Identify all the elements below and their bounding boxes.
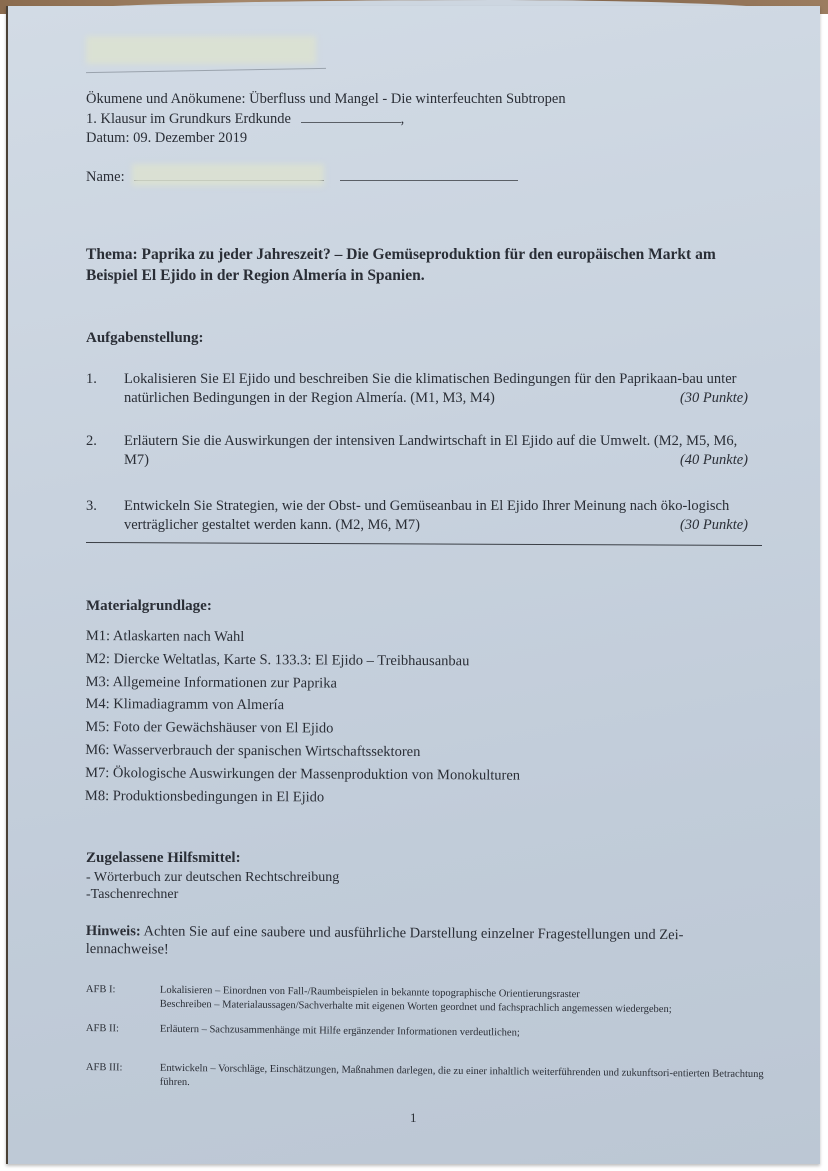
material-item: M6: Wasserverbrauch der spanischen Wirts…: [85, 739, 520, 764]
name-field-extension[interactable]: [340, 168, 518, 181]
name-label: Name:: [86, 169, 125, 185]
material-item: M1: Atlaskarten nach Wahl: [86, 625, 521, 650]
aid-item: -Taschenrechner: [86, 886, 339, 903]
material-item: M4: Klimadiagramm von Almería: [85, 693, 520, 718]
task-item: 2. Erläutern Sie die Auswirkungen der in…: [86, 432, 756, 469]
task-points: (40 Punkte): [680, 451, 748, 470]
course-blank: [301, 110, 401, 123]
tasks-heading: Aufgabenstellung:: [86, 330, 204, 347]
task-text: Erläutern Sie die Auswirkungen der inten…: [124, 433, 737, 468]
afb-label: AFB II:: [86, 1022, 160, 1037]
exam-topic: Thema: Paprika zu jeder Jahreszeit? – Di…: [86, 244, 766, 286]
page-number: 1: [410, 1110, 417, 1126]
redacted-name: [132, 164, 324, 186]
task-number: 1.: [86, 370, 124, 407]
task-number: 2.: [86, 432, 124, 469]
materials-list: M1: Atlaskarten nach Wahl M2: Diercke We…: [85, 625, 521, 810]
exam-date: Datum: 09. Dezember 2019: [86, 129, 566, 149]
aid-item: - Wörterbuch zur deutschen Rechtschreibu…: [86, 869, 339, 886]
task-text: Entwickeln Sie Strategien, wie der Obst-…: [124, 498, 729, 533]
afb-label: AFB III:: [86, 1061, 160, 1090]
hint-label: Hinweis:: [86, 923, 141, 939]
material-item: M3: Allgemeine Informationen zur Paprika: [86, 671, 521, 696]
afb-label: AFB I:: [86, 983, 160, 1012]
exam-line: 1. Klausur im Grundkurs Erdkunde ,: [86, 110, 566, 130]
task-points: (30 Punkte): [680, 516, 748, 535]
hint-text: Achten Sie auf eine saubere und ausführl…: [86, 923, 684, 957]
material-item: M2: Diercke Weltatlas, Karte S. 133.3: E…: [86, 648, 521, 673]
task-number: 3.: [86, 497, 124, 534]
redacted-school-header: [86, 36, 316, 64]
unit-title: Ökumene und Anökumene: Überfluss und Man…: [86, 90, 566, 110]
material-item: M7: Ökologische Auswirkungen der Massenp…: [85, 762, 520, 787]
aids-list: - Wörterbuch zur deutschen Rechtschreibu…: [86, 869, 339, 903]
aids-heading: Zugelassene Hilfsmittel:: [86, 850, 241, 867]
task-item: 3. Entwickeln Sie Strategien, wie der Ob…: [86, 497, 756, 534]
task-text: Lokalisieren Sie El Ejido und beschreibe…: [124, 371, 736, 406]
hint-note: Hinweis: Achten Sie auf eine saubere und…: [86, 922, 762, 963]
task-points: (30 Punkte): [680, 389, 748, 408]
exam-header: Ökumene und Anökumene: Überfluss und Man…: [86, 90, 566, 149]
material-item: M8: Produktionsbedingungen in El Ejido: [85, 785, 520, 810]
task-item: 1. Lokalisieren Sie El Ejido und beschre…: [86, 370, 756, 407]
material-item: M5: Foto der Gewächshäuser von El Ejido: [85, 716, 520, 741]
materials-heading: Materialgrundlage:: [86, 598, 212, 615]
